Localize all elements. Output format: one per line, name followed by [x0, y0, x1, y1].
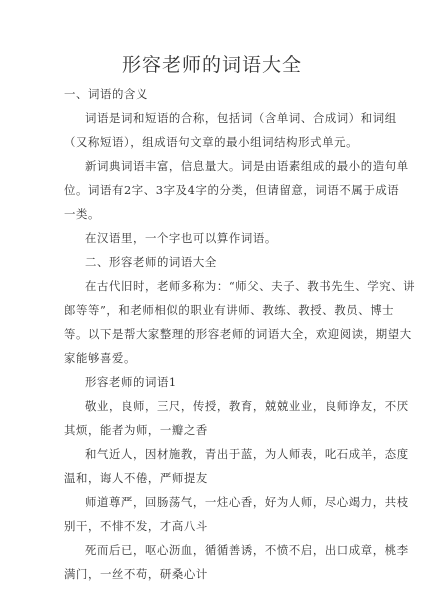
subheading-1: 形容老师的词语1: [85, 374, 360, 390]
document-title: 形容老师的词语大全: [0, 50, 424, 77]
paragraph-line: 在古代旧时，老师多称为：“师父、夫子、教书先生、学究、讲: [85, 278, 360, 294]
word-list-line: 其烦，能者为师，一瓣之香: [64, 422, 360, 438]
paragraph-line: 等。以下是帮大家整理的形容老师的词语大全，欢迎阅读，期望大: [64, 326, 360, 342]
word-list-line: 和气近人，因材施教，青出于蓝，为人师表，叱石成羊，态度: [85, 446, 360, 462]
paragraph-line: 在汉语里，一个字也可以算作词语。: [85, 230, 360, 246]
paragraph-line: 新词典词语丰富，信息量大。词是由语素组成的最小的造句单: [85, 158, 360, 174]
word-list-line: 死而后已，呕心沥血，循循善诱，不愤不启，出口成章，桃李: [85, 542, 360, 558]
word-list-line: 敬业，良师，三尺，传授，教育，兢兢业业，良师诤友，不厌: [85, 398, 360, 414]
paragraph-line: 位。词语有2字、3字及4字的分类，但请留意，词语不属于成语: [64, 182, 360, 198]
paragraph-line: 家能够喜爱。: [64, 350, 360, 366]
section-heading-1: 一、词语的含义: [64, 86, 360, 102]
word-list-line: 满门，一丝不苟，研桑心计: [64, 566, 360, 582]
document-page: 形容老师的词语大全 一、词语的含义 词语是词和短语的合称，包括词（含单词、合成词…: [0, 0, 424, 600]
paragraph-line: 词语是词和短语的合称，包括词（含单词、合成词）和词组: [85, 110, 360, 126]
word-list-line: 别干，不悱不发，才高八斗: [64, 518, 360, 534]
paragraph-line: 一类。: [64, 206, 360, 222]
paragraph-line: （又称短语），组成语句文章的最小组词结构形式单元。: [64, 134, 360, 150]
section-heading-2: 二、形容老师的词语大全: [85, 254, 360, 270]
word-list-line: 温和，诲人不倦，严师提友: [64, 470, 360, 486]
word-list-line: 师道尊严，回肠荡气，一炷心香，好为人师，尽心竭力，共枝: [85, 494, 360, 510]
paragraph-line: 郎等等”，和老师相似的职业有讲师、教练、教授、教员、博士: [64, 302, 360, 318]
